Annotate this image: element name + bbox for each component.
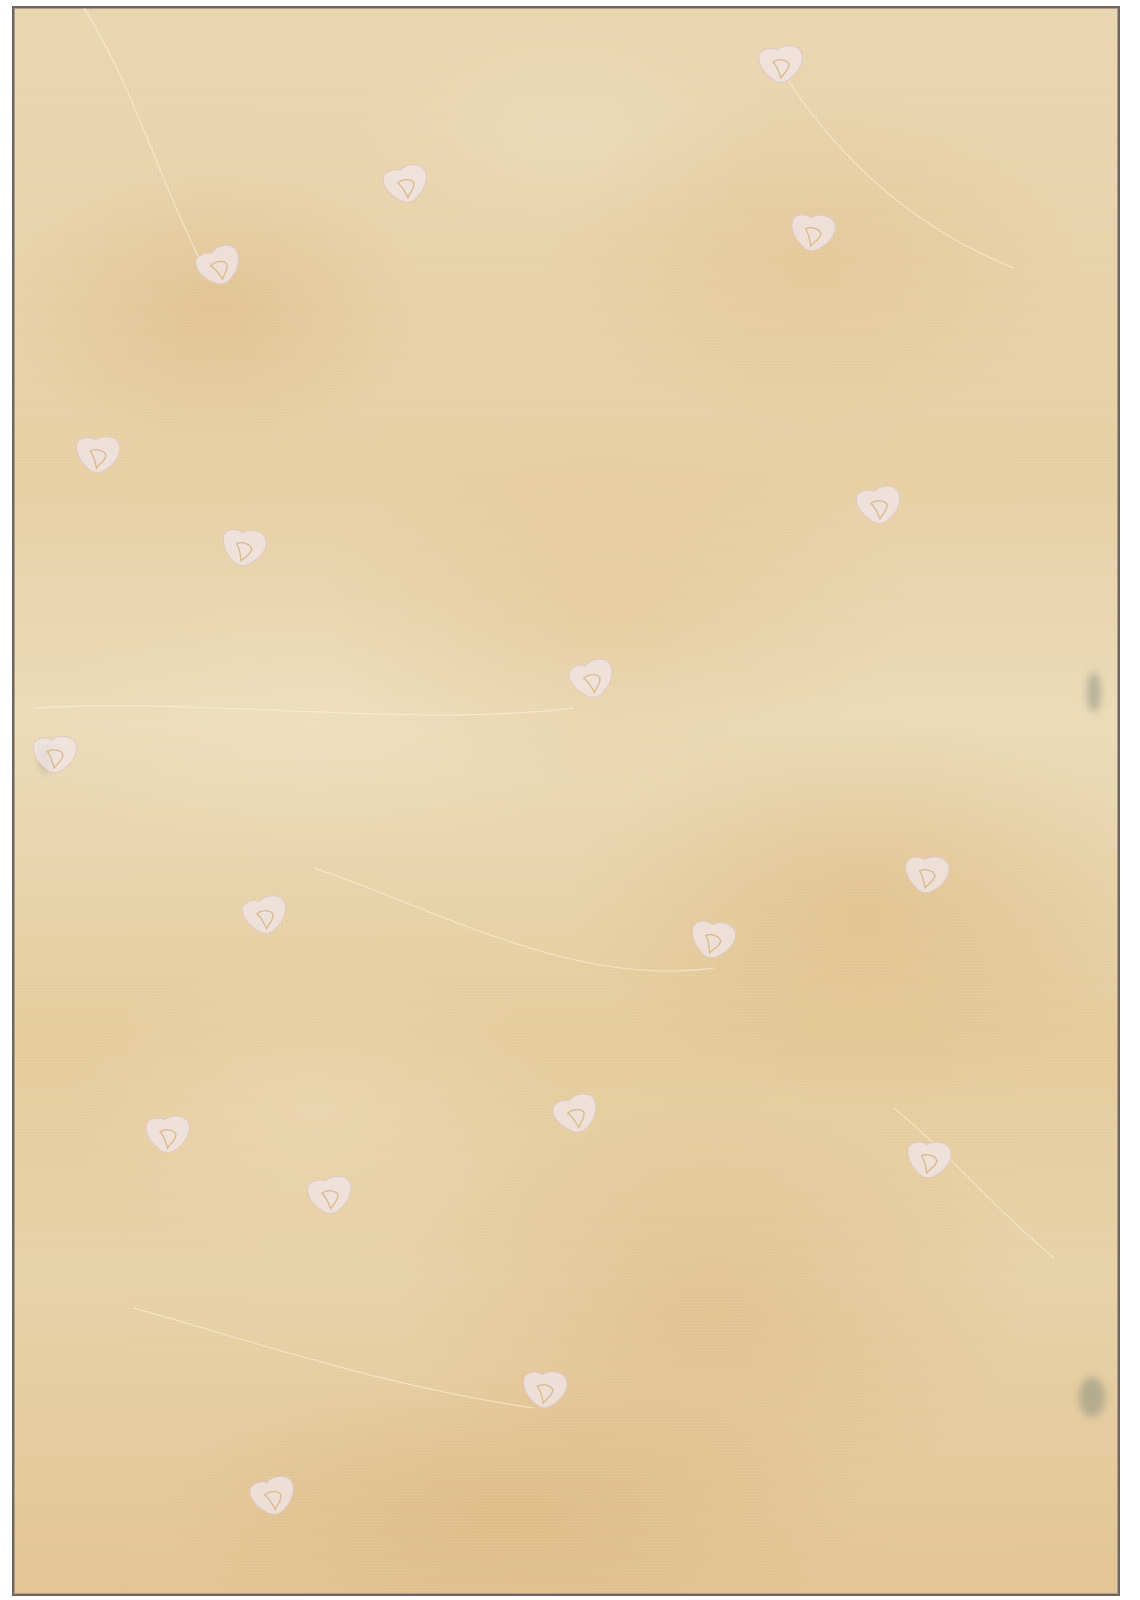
petal-motif — [377, 159, 433, 210]
petal-motif — [244, 1470, 300, 1521]
petal-motif — [237, 891, 291, 940]
petal-motif — [214, 520, 272, 573]
petal-motif — [682, 912, 741, 967]
petal-motif — [546, 1087, 604, 1140]
petal-motif — [141, 1111, 193, 1157]
petal-motif — [755, 42, 805, 86]
petal-motif — [563, 653, 620, 705]
crease-lines — [14, 8, 1118, 1594]
petal-motif — [898, 849, 954, 900]
petal-motif — [70, 430, 124, 479]
petal-motif — [28, 730, 81, 777]
stain-mark — [1087, 672, 1101, 712]
petal-motif — [784, 206, 841, 258]
stain-mark — [1079, 1377, 1105, 1417]
rug — [12, 6, 1120, 1596]
petal-motif — [303, 1172, 355, 1219]
pile-texture — [14, 8, 1118, 1594]
petal-motif — [900, 1133, 956, 1184]
petal-motif — [188, 238, 248, 293]
petal-motif — [852, 481, 905, 528]
petal-motif — [517, 1364, 572, 1414]
